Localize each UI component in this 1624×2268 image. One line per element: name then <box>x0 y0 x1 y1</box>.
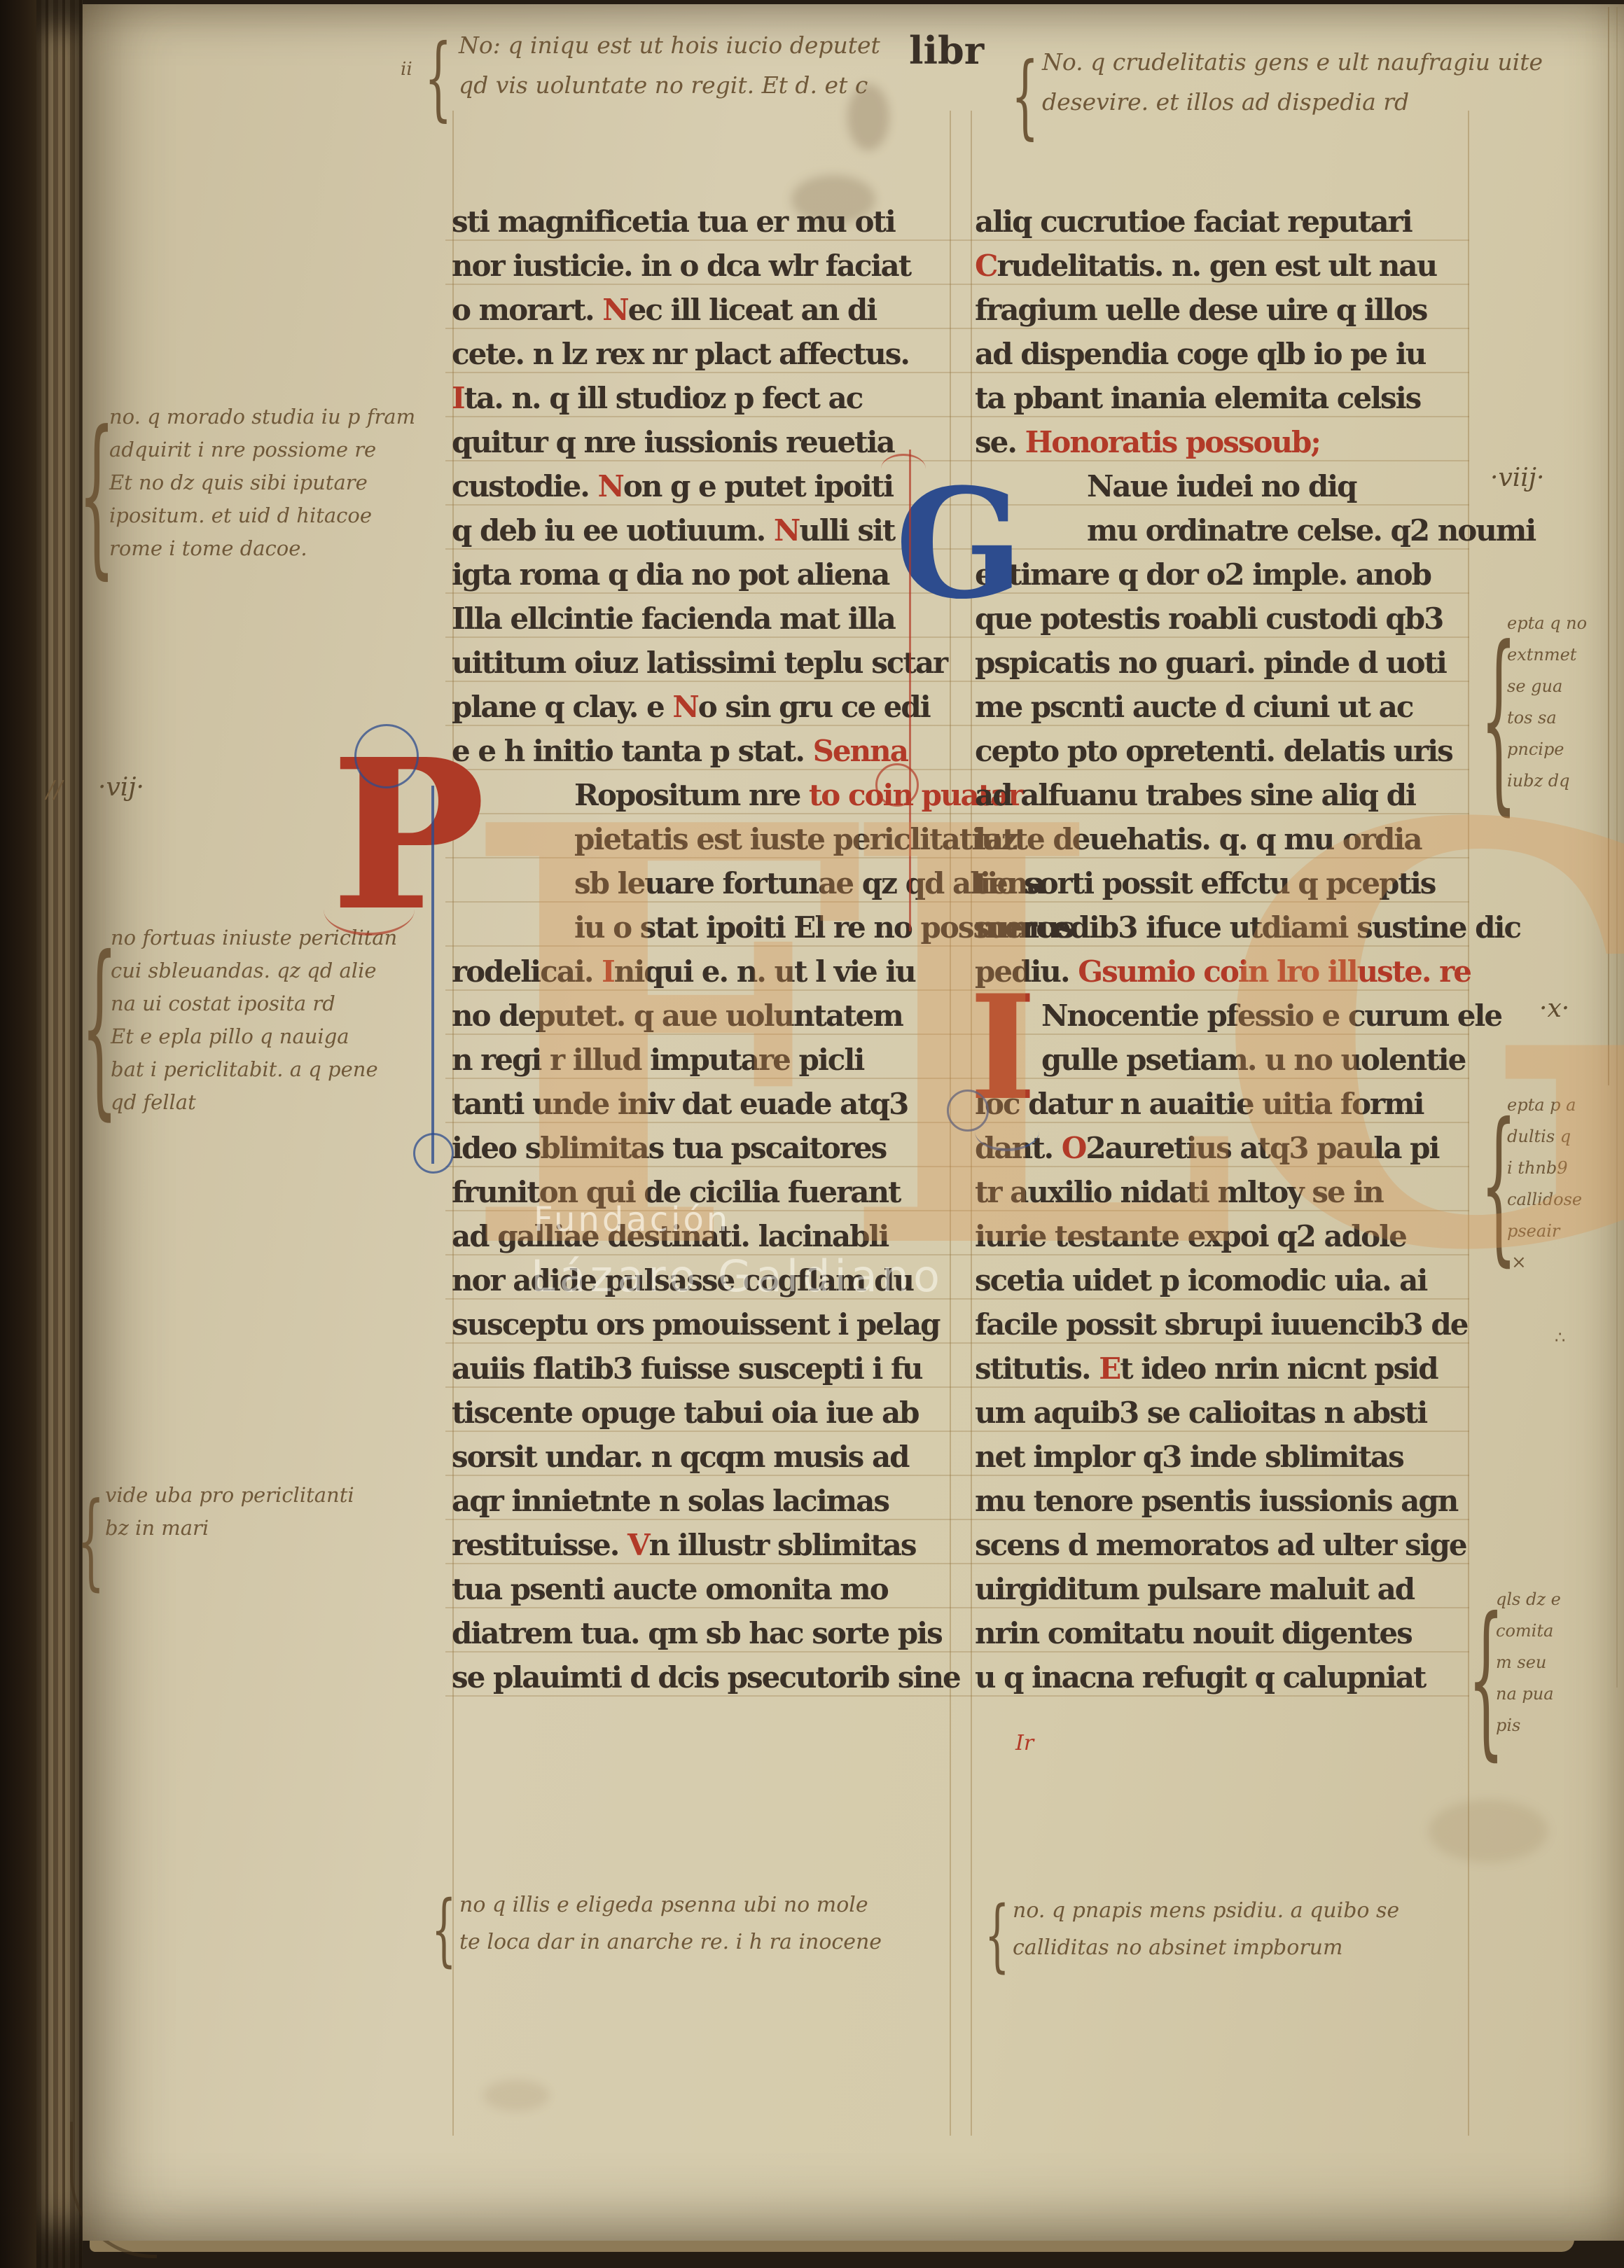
book-spine-edge <box>0 0 36 2268</box>
body-text: uirgiditum pulsare maluit ad <box>975 1572 1414 1606</box>
annotation-brace: { <box>985 1891 1010 1982</box>
body-text: desevire. et illos ad dispedia rd <box>1042 88 1409 116</box>
text-line: pspicatis no guari. pinde d uoti <box>975 641 1469 685</box>
text-line: pis <box>1496 1710 1561 1741</box>
filigree-ornament <box>431 786 434 1164</box>
text-line: no. q morado studia iu p fram <box>109 401 415 433</box>
filigree-ornament <box>324 884 415 935</box>
body-text: tiscente opuge tabui oia iue ab <box>452 1396 919 1430</box>
text-line: se gua <box>1507 671 1587 702</box>
text-line: ad dispendia coge qlb io pe iu <box>975 332 1469 376</box>
stacked-page-edges <box>36 0 83 2268</box>
body-text: no q illis e eligeda psenna ubi no mole <box>459 1893 868 1917</box>
body-text: restituisse. <box>452 1528 627 1562</box>
body-text: scens d memoratos ad ulter sige <box>975 1528 1466 1562</box>
body-text: pis <box>1496 1716 1520 1735</box>
annotation-brace: { <box>424 24 452 131</box>
text-line: bat i periclitabit. a q pene <box>111 1053 397 1086</box>
body-text: ulli sit <box>799 513 894 548</box>
text-line: quitur q nre iussionis reuetia <box>452 420 949 464</box>
body-text: aliq cucrutioe faciat reputari <box>975 204 1412 239</box>
text-line: m seu <box>1496 1647 1561 1678</box>
filigree-ornament <box>354 724 419 788</box>
decorated-initial-G: G <box>895 479 1024 608</box>
rubric-text: Honoratis possoub; <box>1025 425 1320 459</box>
body-text: ad dispendia coge qlb io pe iu <box>975 337 1425 371</box>
text-line: qd vis uoluntate no regit. Et d. et c <box>459 65 880 105</box>
body-text: extimare q dor o2 imple. anob <box>975 557 1431 592</box>
body-text: q deb iu ee uotiuum. <box>452 513 774 548</box>
body-text: se plauimti d dcis psecutorib sine <box>452 1660 960 1695</box>
body-text: nor iusticie. in o dca wlr faciat <box>452 249 910 283</box>
text-line: se. Honoratis possoub; <box>975 420 1469 464</box>
body-text: nrin comitatu nouit digentes <box>975 1616 1412 1650</box>
text-line: se plauimti d dcis psecutorib sine <box>452 1655 949 1699</box>
text-line: fragium uelle dese uire q illos <box>975 288 1469 332</box>
text-line: mu tenore psentis iussionis agn <box>975 1479 1469 1523</box>
filigree-ornament <box>881 454 926 484</box>
text-line: extimare q dor o2 imple. anob <box>975 552 1469 597</box>
text-line: scens d memoratos ad ulter sige <box>975 1523 1469 1567</box>
text-line: mu ordinatre celse. q2 noumi <box>1087 508 1469 552</box>
annotation-brace: { <box>77 1479 104 1601</box>
text-line: aliq cucrutioe faciat reputari <box>975 200 1469 244</box>
body-text: qd fellat <box>111 1090 196 1114</box>
text-line: igta roma q dia no pot aliena <box>452 552 949 597</box>
text-line: sorsit undar. n qcqm musis ad <box>452 1435 949 1479</box>
text-line: u q inacna refugit q calupniat <box>975 1655 1469 1699</box>
text-line: calliditas no absinet impborum <box>1013 1929 1399 1966</box>
body-text: No. q crudelitatis gens e ult naufragiu … <box>1042 48 1543 76</box>
text-line: tua psenti aucte omonita mo <box>452 1567 949 1611</box>
text-line: extnmet <box>1507 639 1587 671</box>
text-line: uititum oiuz latissimi teplu sctar <box>452 641 949 685</box>
margin-note-left-1: no. q morado studia iu p framadquirit i … <box>109 401 415 565</box>
text-line: q deb iu ee uotiuum. Nulli sit <box>452 508 949 552</box>
body-text: n illustr sblimitas <box>649 1528 916 1562</box>
text-line: no q illis e eligeda psenna ubi no mole <box>459 1886 882 1923</box>
body-text: Naue iudei no diq <box>1087 469 1356 503</box>
body-text: sti magnificetia tua er mu oti <box>452 204 895 239</box>
text-line: que potestis roabli custodi qb3 <box>975 597 1469 641</box>
quire-mark: ii <box>401 59 412 80</box>
body-text: on g e putet ipoiti <box>623 469 893 503</box>
text-line: te loca dar in anarche re. i h ra inocen… <box>459 1923 882 1961</box>
text-line: na ui costat iposita rd <box>111 987 397 1020</box>
body-text: vide uba pro periclitanti <box>105 1483 354 1507</box>
body-text: fragium uelle dese uire q illos <box>975 293 1427 327</box>
body-text: bat i periclitabit. a q pene <box>111 1057 378 1081</box>
text-line: ipositum. et uid d hitacoe <box>109 499 415 532</box>
text-line: vide uba pro periclitanti <box>105 1479 354 1512</box>
body-text: bz in mari <box>105 1516 209 1540</box>
body-text: tua psenti aucte omonita mo <box>452 1572 888 1606</box>
text-line: um aquib3 se calioitas n absti <box>975 1391 1469 1435</box>
rubric-text: V <box>627 1528 649 1562</box>
margin-note-left-3: vide uba pro periclitantibz in mari <box>105 1479 354 1545</box>
body-text: no. q pnapis mens psidiu. a quibo se <box>1013 1898 1399 1923</box>
header-annotation-right: No. q crudelitatis gens e ult naufragiu … <box>1042 42 1543 122</box>
body-text: No: q iniqu est ut hois iucio deputet <box>459 32 880 59</box>
text-line: rome i tome dacoe. <box>109 532 415 565</box>
rubric-text: N <box>597 469 623 503</box>
filigree-ornament <box>413 1133 454 1174</box>
body-text: mu tenore psentis iussionis agn <box>975 1484 1457 1518</box>
text-line: No: q iniqu est ut hois iucio deputet <box>459 25 880 65</box>
text-line: aqr innietnte n solas lacimas <box>452 1479 949 1523</box>
text-line: ta pbant inania elemita celsis <box>975 376 1469 420</box>
body-text: m seu <box>1496 1653 1546 1672</box>
body-text: aqr innietnte n solas lacimas <box>452 1484 889 1518</box>
rubric-text: N <box>774 513 799 548</box>
body-text: na ui costat iposita rd <box>111 992 335 1015</box>
footer-annotation-left: no q illis e eligeda psenna ubi no molet… <box>459 1886 882 1961</box>
text-line: qd fellat <box>111 1086 397 1119</box>
text-line: No. q crudelitatis gens e ult naufragiu … <box>1042 42 1543 82</box>
body-text: extnmet <box>1507 645 1576 665</box>
text-line: nor iusticie. in o dca wlr faciat <box>452 244 949 288</box>
text-line: sti magnificetia tua er mu oti <box>452 200 949 244</box>
stain <box>483 2080 550 2111</box>
body-text: calliditas no absinet impborum <box>1013 1935 1342 1960</box>
text-line: Et no dz quis sibi iputare <box>109 466 415 499</box>
text-line: uirgiditum pulsare maluit ad <box>975 1567 1469 1611</box>
body-text: pspicatis no guari. pinde d uoti <box>975 646 1446 680</box>
footer-annotation-right: no. q pnapis mens psidiu. a quibo secall… <box>1013 1892 1399 1966</box>
body-text: Illa ellcintie facienda mat illa <box>452 601 895 636</box>
body-text: ta pbant inania elemita celsis <box>975 381 1420 415</box>
body-text: comita <box>1496 1621 1553 1641</box>
text-line: nrin comitatu nouit digentes <box>975 1611 1469 1655</box>
text-line: Et e epla pillo q nauiga <box>111 1020 397 1053</box>
text-line: cui sbleuandas. qz qd alie <box>111 954 397 987</box>
body-text: adquirit i nre possiome re <box>109 438 376 461</box>
body-text: qd vis uoluntate no regit. Et d. et c <box>459 71 868 99</box>
body-text: se. <box>975 425 1025 459</box>
red-scribal-mark: Ir <box>1015 1731 1034 1755</box>
text-line: bz in mari <box>105 1512 354 1545</box>
text-line: qls dz e <box>1496 1584 1561 1615</box>
rubric-text: C <box>975 249 997 283</box>
text-line: no. q pnapis mens psidiu. a quibo se <box>1013 1892 1399 1929</box>
body-text: cete. n lz rex nr plact affectus. <box>452 337 909 371</box>
body-text: ec ill liceat an di <box>628 293 877 327</box>
folio-numeral-vij: ·vij· <box>98 773 144 802</box>
body-text: u q inacna refugit q calupniat <box>975 1660 1425 1695</box>
body-text: custodie. <box>452 469 597 503</box>
text-line: Crudelitatis. n. gen est ult nau <box>975 244 1469 288</box>
watermark-monogram: FLG <box>459 753 1624 1327</box>
body-text: Et e epla pillo q nauiga <box>111 1024 349 1048</box>
text-line: diatrem tua. qm sb hac sorte pis <box>452 1611 949 1655</box>
text-line: Ita. n. q ill studioz p fect ac <box>452 376 949 420</box>
body-text: que potestis roabli custodi qb3 <box>975 601 1443 636</box>
text-line: cete. n lz rex nr plact affectus. <box>452 332 949 376</box>
body-text: uititum oiuz latissimi teplu sctar <box>452 646 947 680</box>
stain <box>1429 1800 1548 1863</box>
body-text: diatrem tua. qm sb hac sorte pis <box>452 1616 942 1650</box>
body-text: epta q no <box>1507 613 1587 633</box>
manuscript-photo: { ii No: q iniqu est ut hois iucio deput… <box>0 0 1624 2268</box>
text-line: restituisse. Vn illustr sblimitas <box>452 1523 949 1567</box>
annotation-brace: { <box>431 1885 457 1976</box>
text-line: Naue iudei no diq <box>1087 464 1469 508</box>
body-text: no. q morado studia iu p fram <box>109 405 415 429</box>
body-text: quitur q nre iussionis reuetia <box>452 425 894 459</box>
body-text: Et no dz quis sibi iputare <box>109 471 368 494</box>
body-text: rudelitatis. n. gen est ult nau <box>997 249 1436 283</box>
text-line: na pua <box>1496 1678 1561 1710</box>
body-text: sorsit undar. n qcqm musis ad <box>452 1440 909 1474</box>
margin-note-right-3: qls dz ecomitam seuna puapis <box>1496 1584 1561 1741</box>
rubric-text: I <box>452 381 464 415</box>
text-line: desevire. et illos ad dispedia rd <box>1042 82 1543 122</box>
text-line: o morart. Nec ill liceat an di <box>452 288 949 332</box>
underlying-page-edge <box>90 2239 1574 2252</box>
rubric-text: N <box>602 293 627 327</box>
text-line: epta q no <box>1507 608 1587 639</box>
watermark-text-line2: Lázaro Galdiano <box>531 1251 944 1302</box>
text-line: comita <box>1496 1615 1561 1647</box>
body-text: cui sbleuandas. qz qd alie <box>111 959 377 982</box>
watermark-text-line1: Fundación <box>534 1200 730 1239</box>
annotation-brace: { <box>1011 42 1039 149</box>
text-line: tiscente opuge tabui oia iue ab <box>452 1391 949 1435</box>
text-line: custodie. Non g e putet ipoiti <box>452 464 949 508</box>
body-text: ipositum. et uid d hitacoe <box>109 503 372 527</box>
slash-marks: ∕∕ <box>46 776 62 804</box>
body-text: na pua <box>1496 1684 1554 1704</box>
body-text: rome i tome dacoe. <box>109 536 307 560</box>
body-text: net implor q3 inde sblimitas <box>975 1440 1403 1474</box>
text-line: net implor q3 inde sblimitas <box>975 1435 1469 1479</box>
body-text: te loca dar in anarche re. i h ra inocen… <box>459 1930 882 1954</box>
body-text: se gua <box>1507 676 1562 696</box>
body-text: ta. n. q ill studioz p fect ac <box>464 381 863 415</box>
body-text: mu ordinatre celse. q2 noumi <box>1087 513 1535 548</box>
folio-numeral-viij: ·viij· <box>1490 464 1544 492</box>
header-annotation-left: No: q iniqu est ut hois iucio deputetqd … <box>459 25 880 105</box>
body-text: o morart. <box>452 293 602 327</box>
text-line: Illa ellcintie facienda mat illa <box>452 597 949 641</box>
body-text: qls dz e <box>1496 1589 1561 1609</box>
text-line: adquirit i nre possiome re <box>109 433 415 466</box>
catchword-libr: libr <box>909 28 984 73</box>
body-text: um aquib3 se calioitas n absti <box>975 1396 1427 1430</box>
body-text: igta roma q dia no pot aliena <box>452 557 889 592</box>
